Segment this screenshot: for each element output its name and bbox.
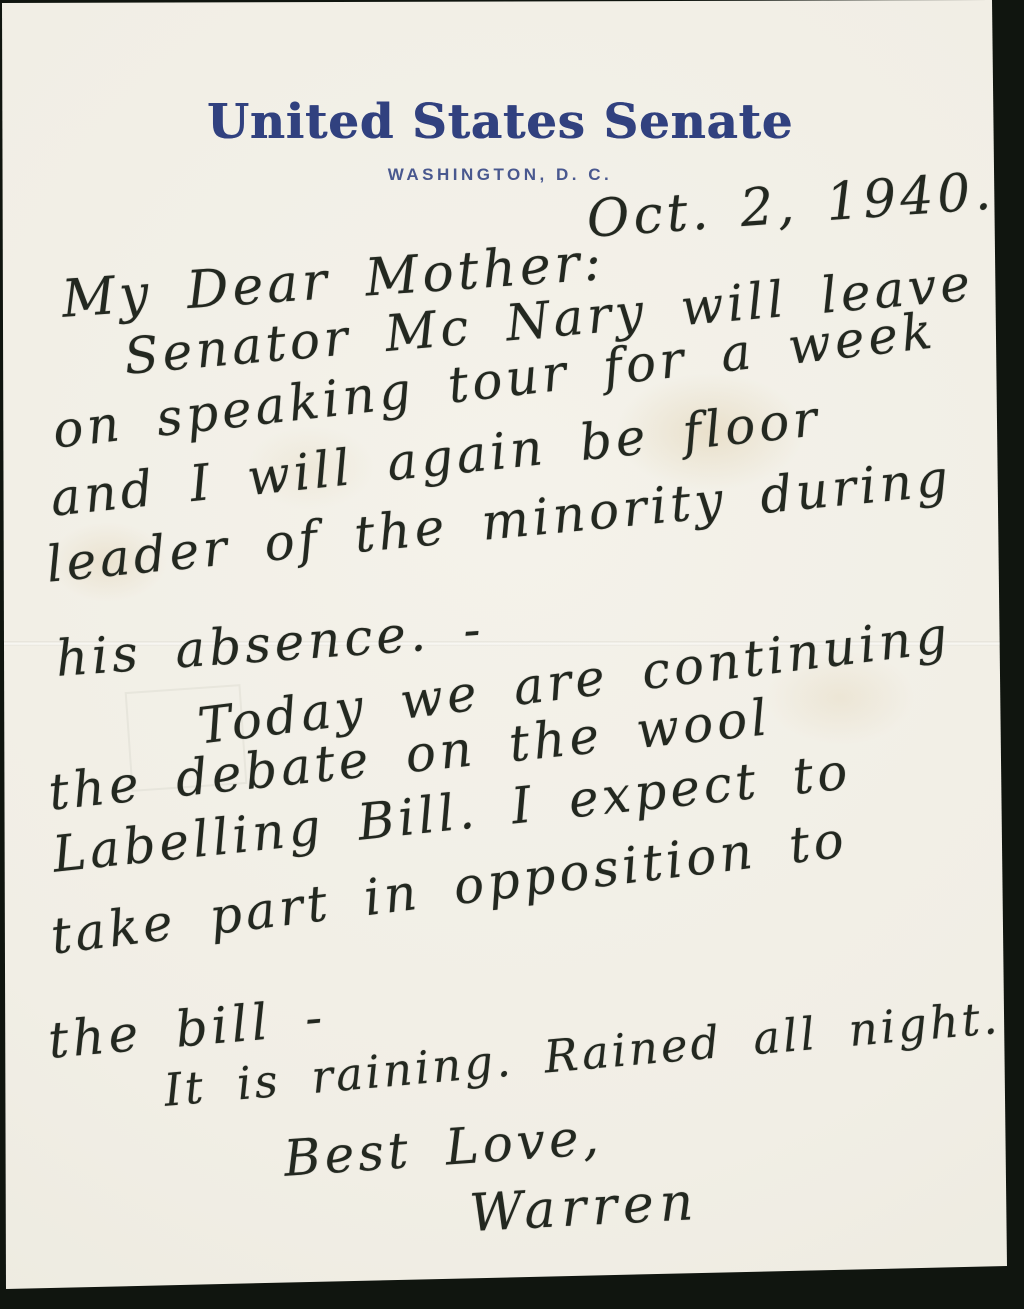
closing: Best Love, [282, 1110, 604, 1187]
letter-paper: United States Senate WASHINGTON, D. C. O… [0, 0, 1024, 1309]
scanned-letter-photo: United States Senate WASHINGTON, D. C. O… [0, 0, 1024, 1309]
letterhead-org-name: United States Senate [0, 96, 1000, 149]
signature: Warren [468, 1174, 701, 1243]
